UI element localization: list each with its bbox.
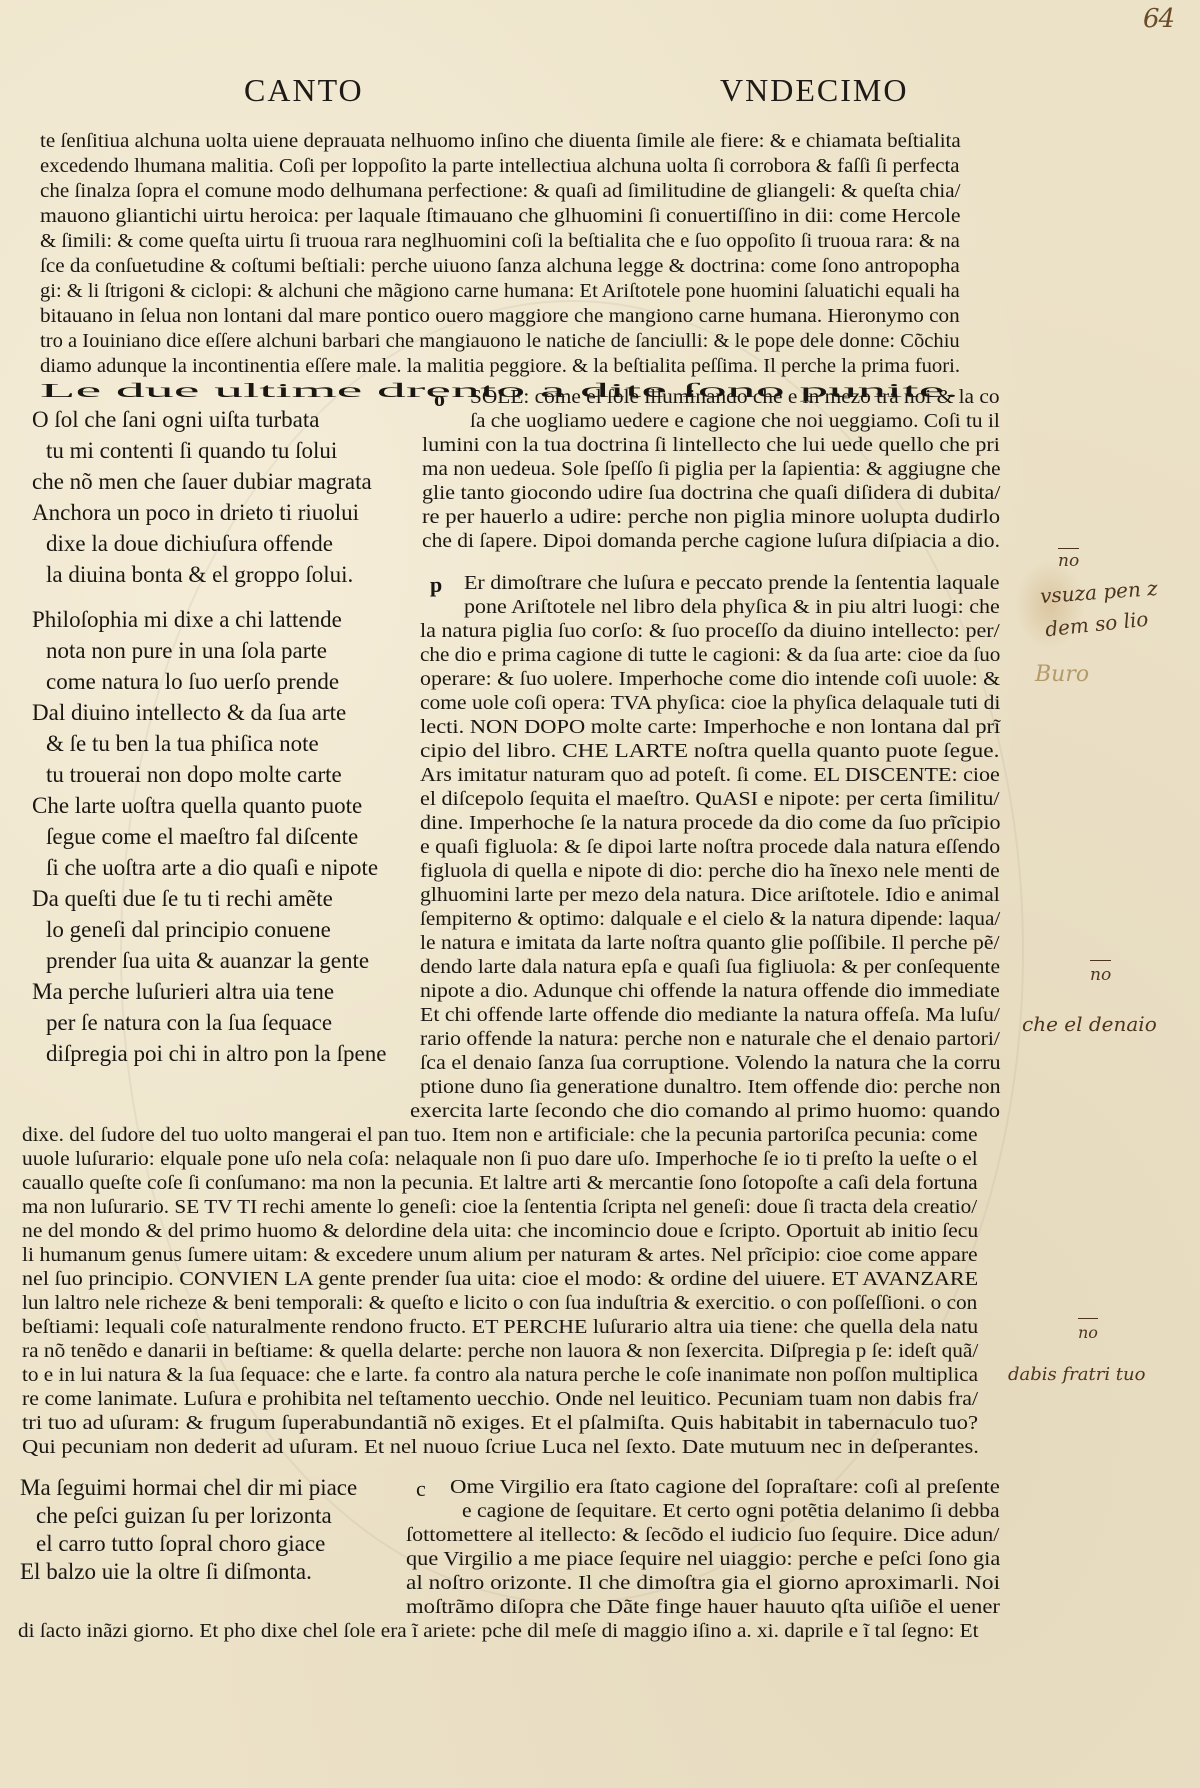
text-line: rario offende la natura: perche non e na… xyxy=(420,1028,1000,1052)
text-line: figluola di quella e nipote di dio: perc… xyxy=(420,860,1000,884)
text-line: lumini con la tua doctrina ſi lintellect… xyxy=(422,434,1000,458)
folio-number: 64 xyxy=(1143,4,1174,34)
verse-line: O ſol che ſani ogni uiſta turbata xyxy=(32,406,319,434)
text-line: re come lanimate. Luſura e prohibita nel… xyxy=(22,1388,978,1412)
text-line: Et chi offende larte offende dio mediant… xyxy=(420,1004,1000,1028)
text-line: lecti. NON DOPO molte carte: Imperhoche … xyxy=(420,716,1000,740)
verse-line: prender ſua uita & auanzar la gente xyxy=(46,947,369,975)
verse-line: ſegue come el maeſtro fal diſcente xyxy=(46,823,358,851)
text-line: bitauano in ſelua non lontani dal mare p… xyxy=(40,305,960,329)
text-line: Ars imitatur naturam quo ad poteſt. ſi c… xyxy=(420,764,1000,788)
text-line: dendo larte dala natura epſa e quaſi ſua… xyxy=(420,956,1000,980)
book-page: 64 CANTO VNDECIMO te ſenſitiua alchuna u… xyxy=(0,0,1200,1788)
verse-line: che peſci guizan ſu per lorizonta xyxy=(36,1502,332,1530)
text-line: le natura e imitata da larte noſtra quan… xyxy=(420,932,999,956)
text-line: glie tanto giocondo udire ſua doctrina c… xyxy=(422,482,1000,506)
text-line: che di ſapere. Dipoi domanda perche cagi… xyxy=(422,530,1000,554)
verse-line: ſi che uoſtra arte a dio quaſi e nipote xyxy=(46,854,378,882)
text-line: gi: & li ſtrigoni & ciclopi: & alchuni c… xyxy=(40,280,960,304)
text-line: operare: & ſuo uolere. Imperhoche come d… xyxy=(420,668,1000,692)
running-header-canto: CANTO xyxy=(244,72,364,109)
text-line: ptione duno ſia generatione dunaltro. It… xyxy=(420,1076,1001,1100)
text-line: che dio e prima cagione di tutte le cagi… xyxy=(420,644,1000,668)
text-line: e cagione de ſequitare. Et certo ogni po… xyxy=(462,1500,1000,1524)
verse-line: tu mi contenti ſi quando tu ſolui xyxy=(46,437,337,465)
text-line: ſottomettere al itellecto: & ſecõdo el i… xyxy=(406,1524,999,1548)
text-line: e quaſi figluola: & ſe dipoi larte noſtr… xyxy=(420,836,1000,860)
text-line: ſca el denaio ſanza ſua corruptione. Vol… xyxy=(420,1052,1001,1076)
verse-line: el carro tutto ſopral choro giace xyxy=(36,1530,325,1558)
text-line: diamo adunque la incontinentia eſſere ma… xyxy=(40,355,960,379)
text-line: dixe. del ſudore del tuo uolto mangerai … xyxy=(22,1124,978,1148)
text-line: li humanum genus ſumere uitam: & exceder… xyxy=(22,1244,978,1268)
verse-line: diſpregia poi chi in altro pon la ſpene xyxy=(46,1040,386,1068)
guide-letter: p xyxy=(430,572,442,598)
text-line: ſempiterno & optimo: dalquale e el cielo… xyxy=(420,908,1000,932)
text-line: SOLE: come el ſole illuminando che e in … xyxy=(470,386,1000,410)
verse-line: la diuina bonta & el groppo ſolui. xyxy=(46,561,353,589)
verse-line: Ma perche luſurieri altra uia tene xyxy=(32,978,334,1006)
text-line: ma non luſurario. SE TV TI rechi amente … xyxy=(22,1196,977,1220)
text-line: glhuomini larte per mezo dela natura. Di… xyxy=(420,884,1000,908)
guide-letter: c xyxy=(416,1476,426,1502)
text-line: mauono gliantichi uirtu heroica: per laq… xyxy=(40,205,961,229)
text-line: Qui pecuniam non dederit ad uſuram. Et n… xyxy=(22,1436,979,1460)
text-line: ſce da conſuetudine & coſtumi beſtiali: … xyxy=(40,255,960,279)
text-line: ra nõ tenẽdo e danarii in beſtiame: & qu… xyxy=(22,1340,978,1364)
margin-note: no xyxy=(1058,548,1079,571)
verse-line: che nõ men che ſauer dubiar magrata xyxy=(32,468,372,496)
text-line: tro a Iouiniano dice eſſere alchuni barb… xyxy=(40,330,960,354)
text-line: ſa che uogliamo uedere e cagione che noi… xyxy=(470,410,1000,434)
text-line: cauallo queſte coſe ſi conſumano: ma non… xyxy=(22,1172,978,1196)
text-line: Ome Virgilio era ſtato cagione del ſopra… xyxy=(450,1476,1000,1500)
margin-note: che el denaio xyxy=(1022,1012,1157,1036)
text-line: el diſcepolo ſequita el maeſtro. QuASI e… xyxy=(420,788,1000,812)
verse-line: tu trouerai non dopo molte carte xyxy=(46,761,342,789)
verse-line: lo geneſi dal principio conuene xyxy=(46,916,331,944)
text-line: Er dimoſtrare che luſura e peccato prend… xyxy=(464,572,1000,596)
verse-line: nota non pure in una ſola parte xyxy=(46,637,327,665)
verse-line: Ma ſeguimi hormai chel dir mi piace xyxy=(20,1474,357,1502)
text-line: to e in lui natura & la ſua ſequace: che… xyxy=(22,1364,978,1388)
text-line: re per hauerlo a udire: perche non pigli… xyxy=(422,506,1000,530)
text-line: moſtrãmo diſopra che Dãte finge hauer ha… xyxy=(406,1596,1000,1620)
text-line: beſtiami: lequali coſe naturalmente rend… xyxy=(22,1316,978,1340)
verse-line: Philoſophia mi dixe a chi lattende xyxy=(32,606,342,634)
margin-note: dabis fratri tuo xyxy=(1008,1364,1145,1385)
margin-note: Buro xyxy=(1035,662,1089,687)
verse-line: Anchora un poco in drieto ti riuolui xyxy=(32,499,359,527)
text-line: que Virgilio a me piace ſequire nel uiag… xyxy=(406,1548,1000,1572)
verse-line: & ſe tu ben la tua phiſica note xyxy=(46,730,319,758)
margin-note: no xyxy=(1090,960,1111,985)
text-line: excedendo lhumana malitia. Coſi per lopp… xyxy=(40,155,959,179)
text-line: che ſinalza ſopra el comune modo delhuma… xyxy=(40,180,960,204)
verse-line: Dal diuino intellecto & da ſua arte xyxy=(32,699,346,727)
verse-line: Da queſti due ſe tu ti rechi amẽte xyxy=(32,885,333,913)
margin-note: no xyxy=(1078,1318,1098,1342)
text-line: ne del mondo & del primo huomo & delordi… xyxy=(22,1220,978,1244)
text-line: tri tuo ad uſuram: & frugum ſuperabundan… xyxy=(22,1412,978,1436)
text-line: exercita larte ſecondo che dio comando a… xyxy=(410,1100,1000,1124)
running-header-number: VNDECIMO xyxy=(720,72,908,109)
commentary-bottom-line: di ſacto inãzi giorno. Et pho dixe chel … xyxy=(18,1620,979,1644)
text-line: dine. Imperhoche ſe la natura procede da… xyxy=(420,812,1001,836)
text-line: te ſenſitiua alchuna uolta uiene depraua… xyxy=(40,130,961,154)
guide-letter: o xyxy=(434,386,445,412)
text-line: al noſtro orizonte. Il che dimoſtra gia … xyxy=(406,1572,1000,1596)
text-line: come uole coſi opera: TVA phyſica: cioe … xyxy=(420,692,1000,716)
text-line: la natura piglia ſuo corſo: & ſuo proceſ… xyxy=(420,620,1000,644)
verse-line: Che larte uoſtra quella quanto puote xyxy=(32,792,362,820)
text-line: lun laltro nele richeze & beni temporali… xyxy=(22,1292,977,1316)
verse-line: dixe la doue dichiuſura offende xyxy=(46,530,333,558)
text-line: nipote a dio. Adunque chi offende la nat… xyxy=(420,980,1000,1004)
text-line: uuole luſurario: elquale pone uſo nela c… xyxy=(22,1148,978,1172)
text-line: cipio del libro. CHE LARTE noſtra quella… xyxy=(420,740,999,764)
text-line: pone Ariſtotele nel libro dela phyſica &… xyxy=(464,596,1000,620)
verse-line: El balzo uie la oltre ſi diſmonta. xyxy=(20,1558,312,1586)
verse-line: come natura lo ſuo uerſo prende xyxy=(46,668,339,696)
text-line: ma non uedeua. Sole ſpeſſo ſi piglia per… xyxy=(422,458,1000,482)
verse-line: per ſe natura con la ſua ſequace xyxy=(46,1009,332,1037)
text-line: & ſimili: & come queſta uirtu ſi truoua … xyxy=(40,230,960,254)
text-line: nel ſuo principio. CONVIEN LA gente pren… xyxy=(22,1268,978,1292)
